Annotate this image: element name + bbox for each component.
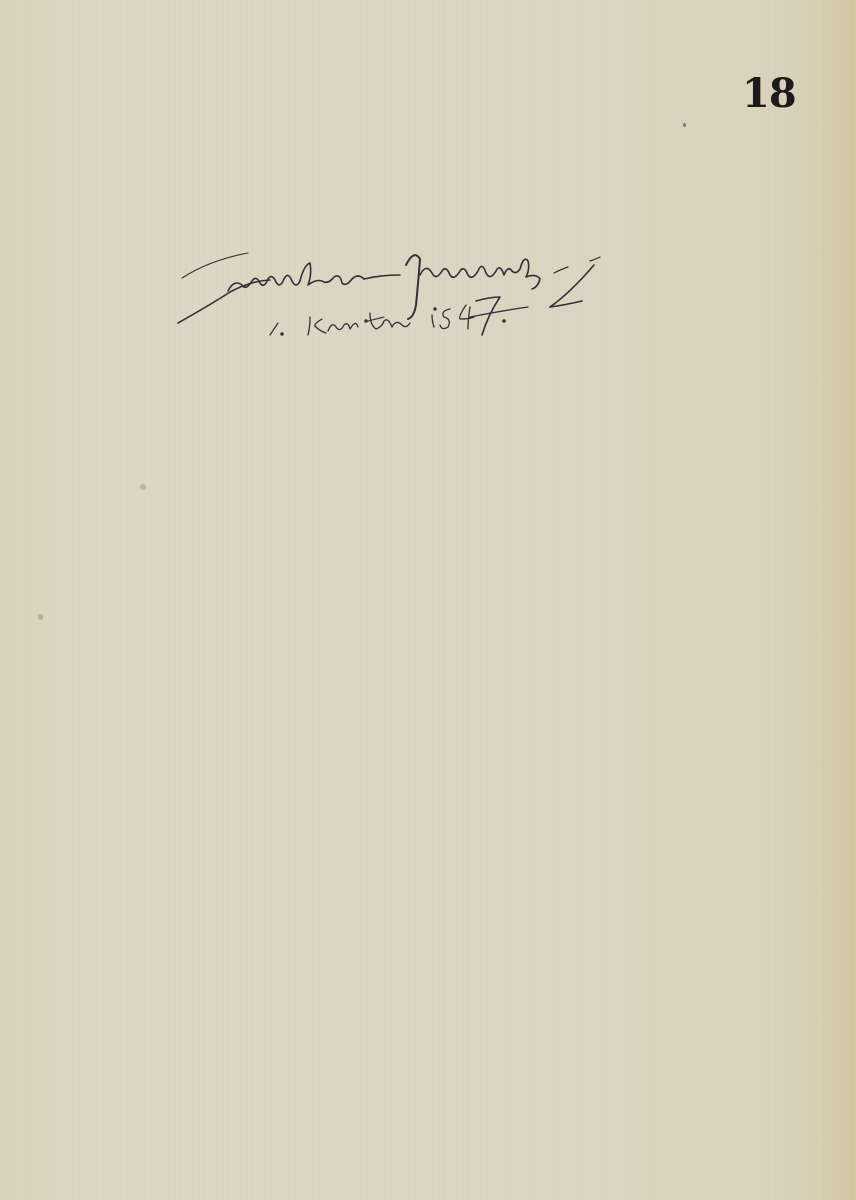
- document-page: 18 Jaroslav Kvapil 1. Května 1947.: [0, 0, 856, 1200]
- paper-speck: [140, 484, 146, 490]
- paper-speck: [38, 614, 43, 620]
- page-number: 18: [742, 70, 796, 117]
- handwritten-signature: Jaroslav Kvapil 1. Května 1947.: [170, 235, 640, 355]
- paper-speck: [683, 123, 686, 127]
- signature-ink-icon: [170, 235, 640, 355]
